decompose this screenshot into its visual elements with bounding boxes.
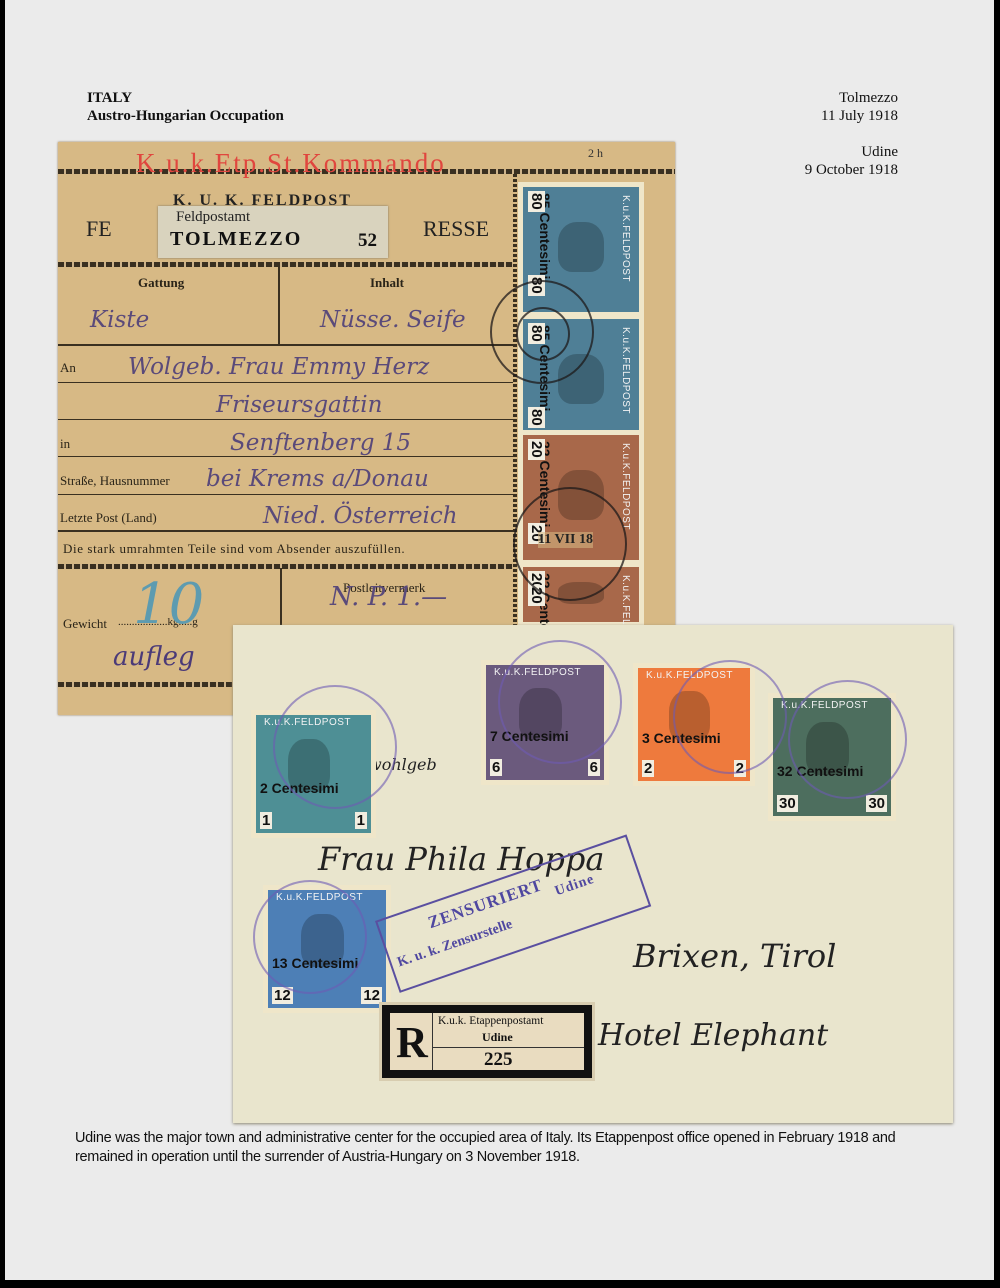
tolmezzo-postmark-inner — [516, 307, 570, 361]
inhalt-value: Nüsse. Seife — [320, 307, 466, 333]
item-1-place: Tolmezzo — [805, 89, 898, 107]
signature: aufleg — [113, 642, 195, 672]
address-hotel: Hotel Elephant — [598, 1018, 828, 1053]
denomination: 80 — [528, 407, 545, 428]
udine-postmark — [788, 680, 907, 799]
udine-postmark — [273, 685, 397, 809]
gewicht-value: 10 — [133, 572, 204, 637]
stamp-inscription: K.u.K.FELDPOST — [620, 327, 631, 414]
divider — [278, 266, 280, 344]
ornamental-border — [58, 262, 513, 267]
label-office: TOLMEZZO — [170, 228, 302, 251]
country-title: ITALY — [87, 89, 284, 107]
divider — [280, 568, 282, 628]
gattung-label: Gattung — [138, 275, 184, 291]
denomination: 30 — [866, 795, 887, 812]
label-line1: Feldpostamt — [176, 209, 250, 226]
registration-office: Udine — [482, 1030, 513, 1045]
postleitvermerk-value: N. P. 1.— — [330, 582, 447, 612]
censor-city: Udine — [553, 872, 597, 900]
strasse-value: bei Krems a/Donau — [206, 466, 429, 492]
divider — [58, 382, 513, 383]
denomination: 6 — [490, 759, 502, 776]
postmark-date: 11 VII 18 — [538, 532, 593, 548]
label-number: 52 — [358, 230, 377, 252]
portrait — [558, 222, 604, 272]
divider — [58, 494, 513, 495]
denomination: 80 — [528, 191, 545, 212]
gewicht-label: Gewicht — [63, 616, 107, 632]
divider — [58, 344, 513, 346]
instruction-text: Die stark umrahmten Teile sind vom Absen… — [63, 541, 405, 557]
form-left-fragment: FE — [86, 216, 112, 242]
inhalt-label: Inhalt — [370, 275, 404, 291]
corner-note: 2 h — [588, 146, 603, 161]
page-caption: Udine was the major town and administrat… — [75, 1129, 955, 1167]
form-right-fragment: RESSE — [423, 216, 489, 242]
item-2-date: 9 October 1918 — [805, 161, 898, 179]
ornamental-border — [58, 682, 238, 687]
an-value: Wolgeb. Frau Emmy Herz — [128, 354, 429, 380]
page-subtitle: Austro-Hungarian Occupation — [87, 107, 284, 125]
denomination: 6 — [588, 759, 600, 776]
address-city: Brixen, Tirol — [633, 937, 836, 975]
stamp-inscription: K.u.K.FELDPOST — [620, 443, 631, 530]
udine-postmark — [498, 640, 622, 764]
ornamental-border — [58, 564, 513, 569]
gattung-value: Kiste — [90, 307, 149, 333]
denomination: 20 — [528, 439, 545, 460]
udine-postmark — [253, 880, 367, 994]
divider — [432, 1013, 433, 1070]
registration-letter: R — [396, 1021, 428, 1065]
feldpostamt-label: Feldpostamt TOLMEZZO 52 — [158, 206, 388, 258]
an-value-2: Friseursgattin — [216, 392, 382, 418]
item-2-place: Udine — [805, 143, 898, 161]
denomination: 1 — [260, 812, 272, 829]
red-cachet: K.u.k.Etp.St.Kommando — [136, 148, 446, 179]
denomination: 1 — [355, 812, 367, 829]
letzte-post-label: Letzte Post (Land) — [60, 510, 157, 526]
udine-postmark — [673, 660, 787, 774]
registration-number: 225 — [484, 1049, 513, 1071]
denomination: 12 — [361, 987, 382, 1004]
denomination: 2 — [642, 760, 654, 777]
in-value: Senftenberg 15 — [230, 430, 411, 456]
divider — [58, 456, 513, 457]
registration-office-line: K.u.k. Etappenpostamt — [438, 1015, 543, 1027]
divider — [58, 530, 513, 532]
stamp-inscription: K.u.K.FELDPOST — [620, 195, 631, 282]
an-label: An — [60, 360, 76, 376]
letzte-post-value: Nied. Österreich — [263, 503, 458, 529]
registered-envelope: wohlgeb Frau Phila Hoppa Brixen, Tirol H… — [233, 625, 953, 1123]
divider — [58, 419, 513, 420]
page-header-right: Tolmezzo 11 July 1918 Udine 9 October 19… — [805, 89, 898, 179]
registration-label: R K.u.k. Etappenpostamt Udine 225 — [382, 1005, 592, 1078]
page-header-left: ITALY Austro-Hungarian Occupation — [87, 89, 284, 125]
divider — [432, 1047, 584, 1048]
item-1-date: 11 July 1918 — [805, 107, 898, 125]
album-page: ITALY Austro-Hungarian Occupation Tolmez… — [5, 0, 994, 1280]
denomination: 30 — [777, 795, 798, 812]
strasse-label: Straße, Hausnummer — [60, 473, 170, 489]
in-label: in — [60, 436, 70, 452]
